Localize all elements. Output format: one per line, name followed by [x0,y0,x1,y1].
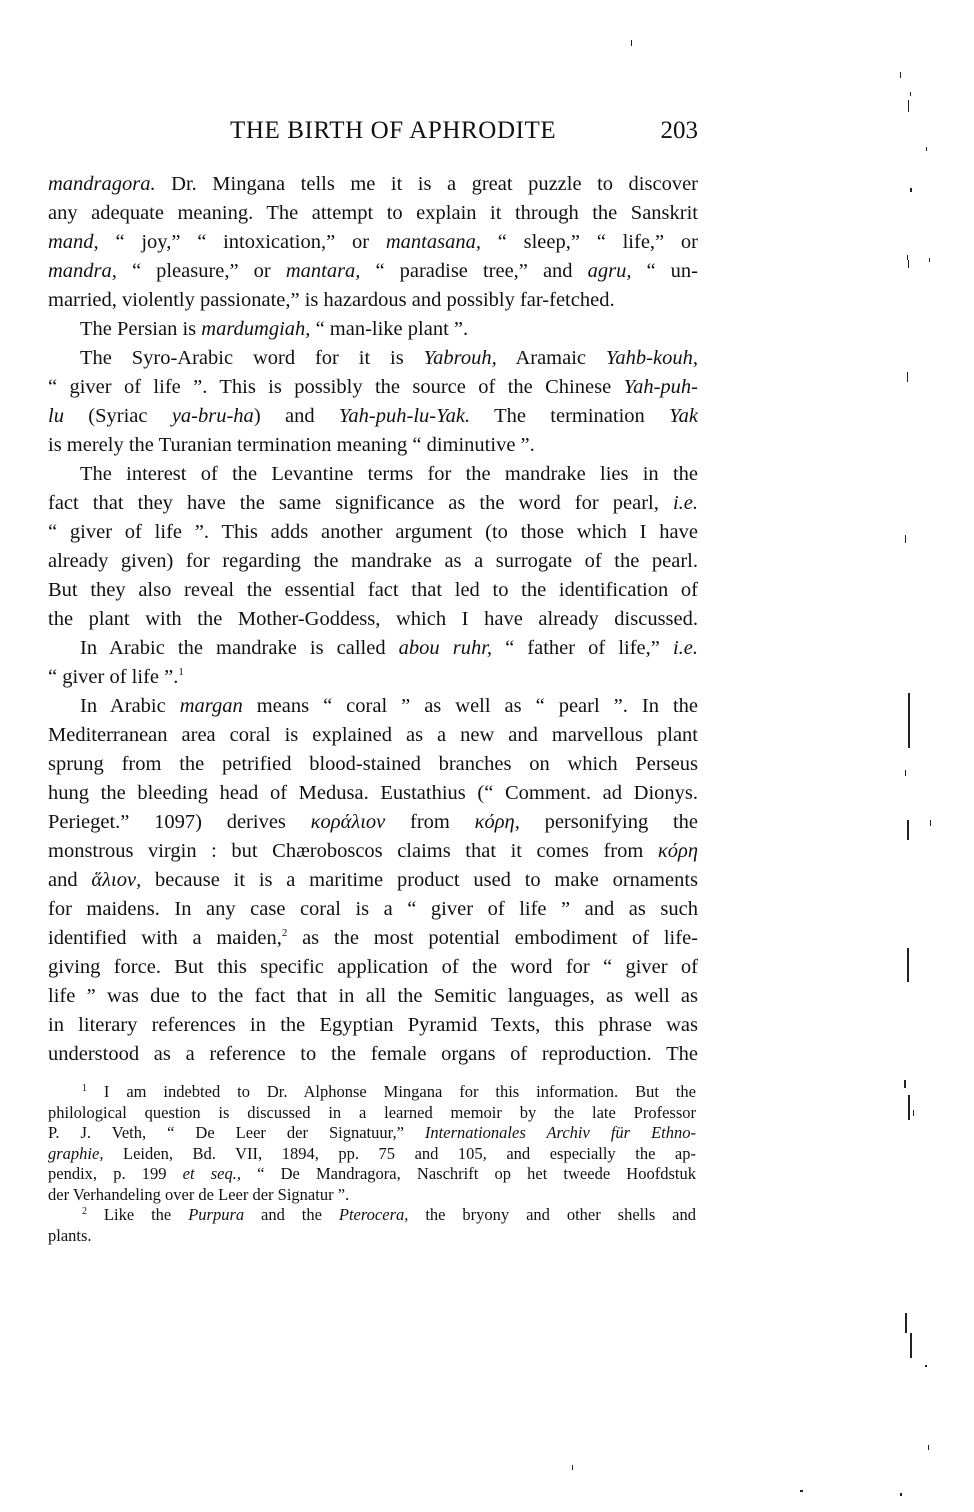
body-text: mandragora. Dr. Mingana tells me it is a… [48,170,698,1069]
body-line: life ” was due to the fact that in all t… [48,982,698,1011]
text-run: The Persian is [80,318,201,340]
body-line: any adequate meaning. The attempt to exp… [48,199,698,228]
text-run: the plant with the Mother-Goddess, which… [48,608,698,630]
text-run: (Syriac [64,405,172,427]
footnotes: 1 I am indebted to Dr. Alphonse Mingana … [48,1082,696,1246]
italic-term: et seq., [183,1164,241,1183]
body-line: Perieget.” 1097) derives κοράλιον from κ… [48,808,698,837]
text-run: “ joy,” “ intoxication,” or [99,231,386,253]
text-run: Like the [87,1205,188,1224]
italic-term: Pterocera, [339,1205,409,1224]
italic-term: mandra, [48,260,117,282]
text-run: der Verhandeling over de Leer der Signat… [48,1185,349,1204]
italic-term: graphie, [48,1144,103,1163]
body-line: in literary references in the Egyptian P… [48,1011,698,1040]
text-run: is merely the Turanian termination meani… [48,434,535,456]
italic-term: mardumgiah, [201,318,310,340]
body-line: Mediterranean area coral is explained as… [48,721,698,750]
italic-term: ἅλιον, [91,869,141,891]
body-line: and ἅλιον, because it is a maritime prod… [48,866,698,895]
body-line: But they also reveal the essential fact … [48,576,698,605]
text-run: In Arabic the mandrake is called [80,637,399,659]
text-run: The interest of the Levantine terms for … [80,463,698,485]
body-line: the plant with the Mother-Goddess, which… [48,605,698,634]
text-run: monstrous virgin : but Chæroboscos claim… [48,840,658,862]
text-run: in literary references in the Egyptian P… [48,1014,698,1036]
body-line: mand, “ joy,” “ intoxication,” or mantas… [48,228,698,257]
body-line: “ giver of life ”. This adds another arg… [48,518,698,547]
body-line: mandragora. Dr. Mingana tells me it is a… [48,170,698,199]
body-line: “ giver of life ”.1 [48,663,698,692]
text-run: But they also reveal the essential fact … [48,579,698,601]
text-run: “ De Mandragora, Naschrift op het tweede… [241,1164,696,1183]
text-run: any adequate meaning. The attempt to exp… [48,202,698,224]
text-run: ) and [254,405,339,427]
italic-term: abou ruhr, [399,637,492,659]
text-run: Mediterranean area coral is explained as… [48,724,698,746]
body-line: identified with a maiden,2 as the most p… [48,924,698,953]
text-run: “ pleasure,” or [117,260,286,282]
body-line: The Syro-Arabic word for it is Yabrouh, … [48,344,698,373]
italic-term: mandragora. [48,173,156,195]
text-run: married, violently passionate,” is hazar… [48,289,615,311]
text-run: In Arabic [80,695,180,717]
running-head: THE BIRTH OF APHRODITE 203 [230,117,698,151]
text-run: personifying the [520,811,698,833]
italic-term: Purpura [188,1205,244,1224]
italic-term: Yah-puh-lu-Yak. [339,405,470,427]
page-number: 203 [661,117,699,145]
text-run: “ giver of life ”. This adds another arg… [48,521,698,543]
body-line: fact that they have the same significanc… [48,489,698,518]
footnote-line: 2 Like the Purpura and the Pterocera, th… [48,1205,696,1226]
text-run: understood as a reference to the female … [48,1043,698,1065]
italic-term: κόρη [658,840,698,862]
text-run: sprung from the petrified blood-stained … [48,753,698,775]
italic-term: Yahb-kouh, [606,347,698,369]
text-run: hung the bleeding head of Medusa. Eustat… [48,782,698,804]
footnote-line: graphie, Leiden, Bd. VII, 1894, pp. 75 a… [48,1144,696,1165]
text-run: plants. [48,1226,92,1245]
body-line: monstrous virgin : but Chæroboscos claim… [48,837,698,866]
text-run: “ giver of life ”. [48,666,178,688]
text-run: because it is a maritime product used to… [141,869,698,891]
italic-term: Yah-puh- [624,376,698,398]
text-run: Perieget.” 1097) derives [48,811,311,833]
footnote-line: der Verhandeling over de Leer der Signat… [48,1185,696,1206]
text-run: giving force. But this specific applicat… [48,956,698,978]
body-line: is merely the Turanian termination meani… [48,431,698,460]
text-run: “ man-like plant ”. [310,318,468,340]
text-run: “ giver of life ”. This is possibly the … [48,376,624,398]
text-run: identified with a maiden, [48,927,282,949]
body-line: hung the bleeding head of Medusa. Eustat… [48,779,698,808]
text-run: and the [244,1205,339,1224]
text-run: “ paradise tree,” and [360,260,587,282]
body-line: understood as a reference to the female … [48,1040,698,1069]
body-line: In Arabic the mandrake is called abou ru… [48,634,698,663]
body-line: In Arabic margan means “ coral ” as well… [48,692,698,721]
italic-term: mand, [48,231,99,253]
body-line: The interest of the Levantine terms for … [48,460,698,489]
text-run: P. J. Veth, “ De Leer der Signatuur,” [48,1123,425,1142]
italic-term: i.e. [673,492,698,514]
footnote-marker: 1 [178,666,184,678]
text-run: already given) for regarding the mandrak… [48,550,698,572]
italic-term: mantasana, [386,231,481,253]
italic-term: i.e. [673,637,698,659]
text-run: fact that they have the same significanc… [48,492,673,514]
body-line: The Persian is mardumgiah, “ man-like pl… [48,315,698,344]
italic-term: margan [180,695,243,717]
text-run: for maidens. In any case coral is a “ gi… [48,898,698,920]
text-run: pendix, p. 199 [48,1164,183,1183]
footnote-line: plants. [48,1226,696,1247]
italic-term: Yak [669,405,698,427]
body-line: mandra, “ pleasure,” or mantara, “ parad… [48,257,698,286]
text-run: life ” was due to the fact that in all t… [48,985,698,1007]
text-run: “ un- [631,260,698,282]
body-line: lu (Syriac ya-bru-ha) and Yah-puh-lu-Yak… [48,402,698,431]
italic-term: κόρη, [475,811,520,833]
text-run: the bryony and other shells and [408,1205,696,1224]
footnote-line: pendix, p. 199 et seq., “ De Mandragora,… [48,1164,696,1185]
text-run: “ father of life,” [492,637,673,659]
text-run: The termination [470,405,669,427]
footnote-line: philological question is discussed in a … [48,1103,696,1124]
text-run: The Syro-Arabic word for it is [80,347,424,369]
footnote-line: 1 I am indebted to Dr. Alphonse Mingana … [48,1082,696,1103]
italic-term: Internationales Archiv für Ethno- [425,1123,696,1142]
body-line: sprung from the petrified blood-stained … [48,750,698,779]
text-run: from [385,811,474,833]
body-line: “ giver of life ”. This is possibly the … [48,373,698,402]
italic-term: mantara, [286,260,361,282]
text-run: means “ coral ” as well as “ pearl ”. In… [243,695,698,717]
body-line: giving force. But this specific applicat… [48,953,698,982]
italic-term: κοράλιον [311,811,386,833]
italic-term: agru, [588,260,632,282]
running-title: THE BIRTH OF APHRODITE [230,117,556,145]
text-run: Dr. Mingana tells me it is a great puzzl… [156,173,698,195]
body-line: already given) for regarding the mandrak… [48,547,698,576]
text-run: I am indebted to Dr. Alphonse Mingana fo… [87,1082,696,1101]
italic-term: Yabrouh, [424,347,497,369]
text-run: Leiden, Bd. VII, 1894, pp. 75 and 105, a… [103,1144,696,1163]
footnote-line: P. J. Veth, “ De Leer der Signatuur,” In… [48,1123,696,1144]
body-line: for maidens. In any case coral is a “ gi… [48,895,698,924]
text-run: as the most potential embodiment of life… [287,927,698,949]
text-run: and [48,869,91,891]
text-run: Aramaic [497,347,606,369]
body-line: married, violently passionate,” is hazar… [48,286,698,315]
italic-term: ya-bru-ha [172,405,254,427]
book-page: THE BIRTH OF APHRODITE 203 mandragora. D… [0,0,974,1512]
text-run: “ sleep,” “ life,” or [481,231,698,253]
text-run: philological question is discussed in a … [48,1103,696,1122]
italic-term: lu [48,405,64,427]
